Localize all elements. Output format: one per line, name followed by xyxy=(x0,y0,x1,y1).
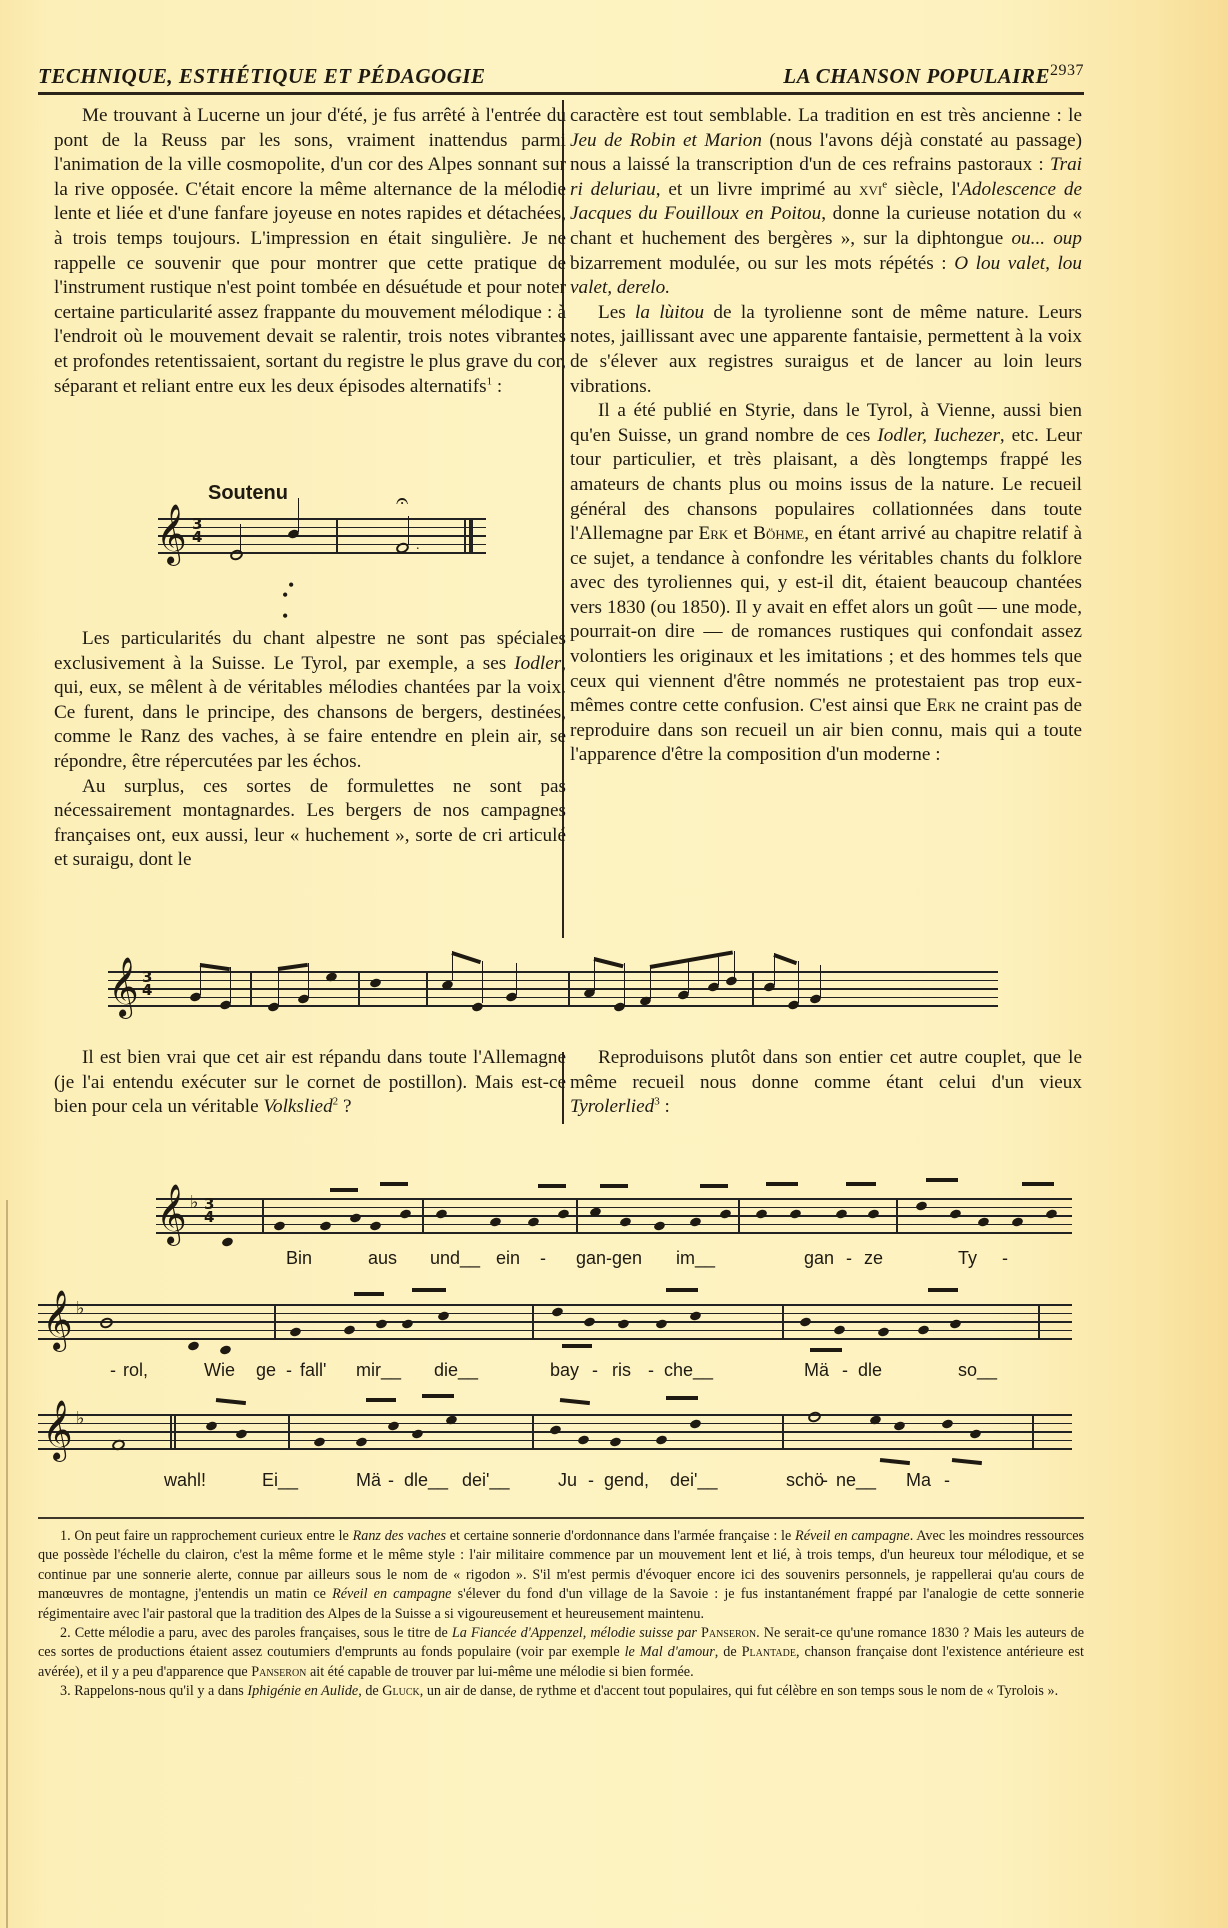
author-name: Plantade xyxy=(742,1644,796,1660)
italic-term: Iodler xyxy=(514,653,561,674)
note-stem xyxy=(482,961,483,1003)
lyric-syllable: dle__ xyxy=(404,1470,448,1491)
beam xyxy=(928,1288,958,1292)
time-signature: 34 xyxy=(142,971,152,997)
paragraph-text: Me trouvant à Lucerne un jour d'été, je … xyxy=(54,105,566,397)
flat-icon: ♭ xyxy=(76,1298,85,1319)
lyric-syllable: Ju xyxy=(558,1470,577,1491)
barline xyxy=(532,1414,534,1448)
paragraph-text: siècle, l' xyxy=(887,179,960,200)
beam xyxy=(278,963,308,971)
italic-term: Volkslied xyxy=(263,1096,332,1117)
staff-lines xyxy=(156,1198,1072,1241)
beam xyxy=(422,1394,454,1398)
footnote-text: , de xyxy=(358,1683,382,1699)
paragraph-text: et xyxy=(728,523,753,544)
barline xyxy=(464,518,466,554)
italic-title: La Fiancée d'Appenzel, mélodie suisse pa… xyxy=(452,1625,697,1641)
lyric-syllable: ge xyxy=(256,1360,276,1381)
lyric-syllable: ris xyxy=(612,1360,631,1381)
lyric-syllable: gan xyxy=(804,1248,834,1269)
footnote-text: ait été capable de trouver par lui-même … xyxy=(306,1664,693,1680)
beam xyxy=(451,951,481,964)
lyric-syllable: - xyxy=(842,1360,848,1381)
barline xyxy=(752,971,754,1005)
note-stem xyxy=(200,963,201,995)
beam xyxy=(594,957,624,968)
running-head-left: TECHNIQUE, ESTHÉTIQUE ET PÉDAGOGIE xyxy=(38,64,486,89)
italic-term: Tyrolerlied xyxy=(570,1096,654,1117)
note-stem xyxy=(820,965,821,997)
note-stem xyxy=(650,965,651,999)
italic-title: le Mal d'amour xyxy=(625,1644,715,1660)
lyric-syllable: fall' xyxy=(300,1360,326,1381)
lyric-syllable: Ma xyxy=(906,1470,931,1491)
paragraph-text: , en étant arrivé au chapitre relatif à … xyxy=(570,523,1082,716)
footnote-text: , un air de danse, de rythme et d'accent… xyxy=(420,1683,1058,1699)
footnote-3: 3. Rappelons-nous qu'il y a dans Iphigén… xyxy=(38,1682,1084,1701)
lyric-syllable: - xyxy=(944,1470,950,1491)
page-edge-line xyxy=(6,1200,8,1928)
paragraph-tyrolerlied: Reproduisons plutôt dans son entier cet … xyxy=(570,1046,1082,1120)
paragraph-text: Les xyxy=(598,302,635,323)
lyric-syllable: - xyxy=(588,1470,594,1491)
beam xyxy=(330,1188,358,1192)
barline xyxy=(782,1304,784,1338)
lyric-syllable: Bin xyxy=(286,1248,312,1269)
beam xyxy=(926,1178,958,1182)
paragraph-surplus: Au surplus, ces sortes de formulettes ne… xyxy=(54,775,566,873)
music-example-erk: 𝄞 34 xyxy=(108,955,998,1035)
paragraph-text: Reproduisons plutôt dans son entier cet … xyxy=(570,1047,1082,1093)
lyric-syllable: - xyxy=(1002,1248,1008,1269)
barline xyxy=(576,1198,578,1232)
left-column-lower: Les particularités du chant alpestre ne … xyxy=(54,627,566,873)
footnote-text: 3. Rappelons-nous qu'il y a dans xyxy=(60,1683,247,1699)
italic-term: ou... oup xyxy=(1011,228,1082,249)
beam xyxy=(216,1398,246,1405)
author-name: Erk xyxy=(926,695,956,716)
time-signature: 34 xyxy=(204,1198,214,1224)
footnote-text: et certaine sonnerie d'ordonnance dans l… xyxy=(446,1528,795,1544)
beam xyxy=(700,1184,728,1188)
lyric-syllable: dei'__ xyxy=(670,1470,717,1491)
barline xyxy=(250,971,252,1005)
barline xyxy=(1032,1414,1034,1448)
footnote-text: , de xyxy=(715,1644,742,1660)
footnote-1: 1. On peut faire un rapprochement curieu… xyxy=(38,1527,1084,1624)
paragraph-tradition: caractère est tout semblable. La traditi… xyxy=(570,104,1082,301)
note-stem xyxy=(734,951,735,979)
note-stem xyxy=(308,963,309,997)
lyric-syllable: ein xyxy=(496,1248,520,1269)
italic-title: Jeu de Robin et Marion xyxy=(570,130,762,151)
lyric-syllable: dle xyxy=(858,1360,882,1381)
footnote-2: 2. Cette mélodie a paru, avec des parole… xyxy=(38,1624,1084,1682)
note-stem xyxy=(624,963,625,1005)
paragraph-volkslied-block: Il est bien vrai que cet air est répandu… xyxy=(54,1046,566,1120)
barline xyxy=(738,1198,740,1232)
barline xyxy=(896,1198,898,1232)
tyrolerlied-staff-1: 𝄞 ♭ 34 xyxy=(156,1172,1072,1282)
barline xyxy=(532,1304,534,1338)
final-barline xyxy=(469,518,473,554)
staff-lines xyxy=(38,1414,1072,1457)
beam xyxy=(200,963,230,971)
lyric-syllable: ne__ xyxy=(836,1470,876,1491)
right-column: caractère est tout semblable. La traditi… xyxy=(570,104,1082,768)
italic-title: Réveil en campagne xyxy=(795,1528,910,1544)
lyric-syllable: wahl! xyxy=(164,1470,206,1491)
note-stem xyxy=(516,963,517,995)
beam xyxy=(380,1182,408,1186)
running-head-right: LA CHANSON POPULAIRE xyxy=(783,64,1050,89)
note-stem xyxy=(718,957,719,985)
paragraph-text: ? xyxy=(338,1096,351,1117)
music-example-soutenu: Soutenu 𝄞 34 𝄐 . xyxy=(158,488,486,568)
century-numeral: xvi xyxy=(859,179,882,200)
beam xyxy=(600,1184,628,1188)
time-signature: 34 xyxy=(192,518,202,544)
treble-clef-icon: 𝄞 xyxy=(156,508,187,560)
beam xyxy=(766,1182,798,1186)
note-stem xyxy=(240,524,241,552)
paragraph-text: : xyxy=(660,1096,670,1117)
flat-icon: ♭ xyxy=(76,1408,85,1429)
lyric-syllable: bay xyxy=(550,1360,579,1381)
lyric-syllable: die__ xyxy=(434,1360,478,1381)
running-head: TECHNIQUE, ESTHÉTIQUE ET PÉDAGOGIE LA CH… xyxy=(38,64,1084,92)
beam xyxy=(412,1288,446,1292)
paragraph-text: bizarrement modulée, ou sur les mots rép… xyxy=(570,253,954,274)
lyric-syllable: - xyxy=(388,1470,394,1491)
barline xyxy=(422,1198,424,1232)
barline xyxy=(288,1414,290,1448)
author-name: Erk xyxy=(699,523,729,544)
lyric-syllable: Mä xyxy=(356,1470,381,1491)
note-stem xyxy=(278,967,279,1005)
footnote-text: 2. Cette mélodie a paru, avec des parole… xyxy=(60,1625,452,1641)
tempo-marking: Soutenu xyxy=(208,482,288,505)
page-number: 2937 xyxy=(1050,62,1084,80)
beam xyxy=(650,950,733,969)
note-stem xyxy=(298,498,299,532)
beam xyxy=(354,1292,384,1296)
beam xyxy=(880,1458,910,1465)
fermata-icon: 𝄐 xyxy=(396,488,408,514)
beam xyxy=(560,1398,590,1405)
flat-icon: ♭ xyxy=(190,1192,199,1213)
beam xyxy=(846,1182,876,1186)
paragraph-tyrolerlied-block: Reproduisons plutôt dans son entier cet … xyxy=(570,1046,1082,1120)
paragraph-volkslied: Il est bien vrai que cet air est répandu… xyxy=(54,1046,566,1120)
beam xyxy=(1022,1182,1054,1186)
lyric-syllable: Wie xyxy=(204,1360,235,1381)
barline xyxy=(170,1414,172,1448)
lyric-syllable: aus xyxy=(368,1248,397,1269)
note-stem xyxy=(594,957,595,991)
barline xyxy=(262,1198,264,1232)
barline xyxy=(174,1414,176,1448)
note-stem xyxy=(408,516,409,544)
footnote-rule xyxy=(38,1517,1084,1519)
barline xyxy=(274,1304,276,1338)
barline xyxy=(782,1414,784,1448)
note-stem xyxy=(230,967,231,1003)
paragraph-text: caractère est tout semblable. La traditi… xyxy=(570,105,1082,126)
lyric-syllable: Ei__ xyxy=(262,1470,298,1491)
lyric-syllable: ze xyxy=(864,1248,883,1269)
lyric-syllable: und__ xyxy=(430,1248,480,1269)
treble-clef-icon: 𝄞 xyxy=(42,1294,73,1346)
dot: . xyxy=(416,538,420,554)
beam xyxy=(666,1396,698,1400)
note-stem xyxy=(688,961,689,993)
barline xyxy=(426,971,428,1005)
lyric-syllable: - xyxy=(846,1248,852,1269)
beam xyxy=(538,1184,566,1188)
footnotes: 1. On peut faire un rapprochement curieu… xyxy=(38,1527,1084,1702)
header-rule xyxy=(38,92,1084,95)
treble-clef-icon: 𝄞 xyxy=(42,1404,73,1456)
lyric-syllable: - xyxy=(648,1360,654,1381)
beam xyxy=(666,1288,698,1292)
lyric-syllable: che__ xyxy=(664,1360,713,1381)
italic-title: Ranz des vaches xyxy=(353,1528,446,1544)
paragraph-lucerne: Me trouvant à Lucerne un jour d'été, je … xyxy=(54,104,566,399)
lyric-syllable: - xyxy=(592,1360,598,1381)
footnote-text: 1. On peut faire un rapprochement curieu… xyxy=(60,1528,353,1544)
lyric-syllable: - xyxy=(540,1248,546,1269)
beam xyxy=(366,1398,396,1402)
paragraph-text: : xyxy=(492,376,502,397)
lyric-syllable: Ty xyxy=(958,1248,977,1269)
staff-lines xyxy=(108,971,998,1014)
tyrolerlied-staff-3: 𝄞 ♭ wahl! Ei__ Mä xyxy=(38,1392,1072,1502)
treble-clef-icon: 𝄞 xyxy=(108,961,139,1013)
lyric-syllable: im__ xyxy=(676,1248,715,1269)
barline xyxy=(336,518,338,554)
beam xyxy=(773,953,797,965)
barline xyxy=(358,971,360,1005)
beam xyxy=(562,1344,592,1348)
tyrolerlied-staff-2: 𝄞 ♭ - rol, Wie ge - xyxy=(38,1282,1072,1392)
treble-clef-icon: 𝄞 xyxy=(156,1188,187,1240)
italic-term: Iodler, Iuchezer xyxy=(877,425,1000,446)
left-column-upper: Me trouvant à Lucerne un jour d'été, je … xyxy=(54,104,566,399)
beam xyxy=(952,1458,982,1465)
lyric-syllable: mir__ xyxy=(356,1360,401,1381)
paragraph-particularites: Les particularités du chant alpestre ne … xyxy=(54,627,566,775)
lyric-syllable: dei'__ xyxy=(462,1470,509,1491)
lyric-syllable: - xyxy=(822,1470,828,1491)
lyric-syllable: - rol, xyxy=(110,1360,148,1381)
paragraph-styrie: Il a été publié en Styrie, dans le Tyrol… xyxy=(570,399,1082,768)
beam xyxy=(810,1348,842,1352)
barline xyxy=(1038,1304,1040,1338)
lyric-syllable: gan-gen xyxy=(576,1248,642,1269)
paragraph-tyrolienne: Les la lùitou de la tyrolienne sont de m… xyxy=(570,301,1082,399)
barline xyxy=(568,971,570,1005)
lyric-syllable: - xyxy=(286,1360,292,1381)
author-name: Böhme xyxy=(753,523,804,544)
author-name: Panseron xyxy=(251,1664,306,1680)
paragraph-text: , et un livre imprimé au xyxy=(656,179,859,200)
lyric-syllable: gend, xyxy=(604,1470,649,1491)
staff-lines xyxy=(158,518,486,561)
italic-title: Iphigénie en Aulide xyxy=(247,1683,358,1699)
lyric-syllable: schö xyxy=(786,1470,824,1491)
paragraph-text: Les particularités du chant alpestre ne … xyxy=(54,628,566,674)
lyric-syllable: Mä xyxy=(804,1360,829,1381)
lyric-syllable: so__ xyxy=(958,1360,997,1381)
italic-term: la lùitou xyxy=(635,302,704,323)
author-name: Panseron xyxy=(697,1625,756,1641)
italic-title: Réveil en campagne xyxy=(332,1586,451,1602)
note-stem xyxy=(798,961,799,1003)
author-name: Gluck xyxy=(382,1683,419,1699)
